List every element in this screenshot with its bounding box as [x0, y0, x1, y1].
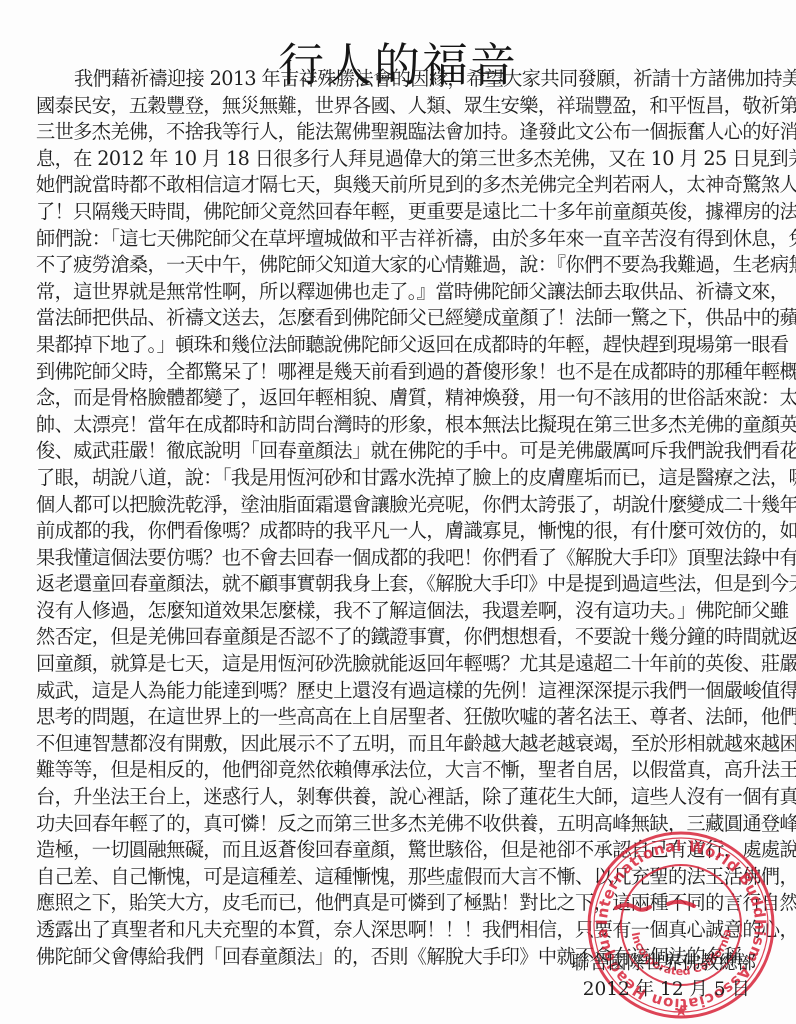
body-line: 果我懂這個法要仿嗎？也不會去回春一個成都的我吧！你們看了《解脫大手印》頂聖法錄中… — [36, 545, 742, 572]
body-line: 自己差、自己慚愧，可是這種差、這種慚愧，那些虛假而大言不慚、以凡充聖的法王活佛們… — [36, 864, 742, 891]
body-line: 到佛陀師父時，全都驚呆了！哪裡是幾天前看到過的蒼傻形象！也不是在成都時的那種年輕… — [36, 359, 742, 386]
body-line: 難等等，但是相反的，他們卻竟然依賴傳承法位，大言不慚，聖者自居，以假當真，高升法… — [36, 757, 742, 784]
body-line: 息，在 2012 年 10 月 18 日很多行人拜見過偉大的第三世多杰羌佛，又在… — [36, 146, 742, 173]
body-line: 功夫回春年輕了的，真可憐！反之而第三世多杰羌佛不收供養，五明高峰無缺，三藏圓通登… — [36, 811, 742, 838]
body-line: 台，升坐法王台上，迷惑行人，剝奪供養，說心裡話，除了蓮花生大師，這些人沒有一個有… — [36, 784, 742, 811]
body-line: 不了疲勞滄桑，一天中午，佛陀師父知道大家的心情難過，說：『你們不要為我難過，生老… — [36, 252, 742, 279]
document-body: 我們藉祈禱迎接 2013 年吉祥殊勝法會的因緣，希望大家共同發願，祈請十方諸佛加… — [36, 66, 742, 970]
body-line: 國泰民安，五穀豐登，無災無難，世界各國、人類、眾生安樂，祥瑞豐盈，和平恆昌，敬祈… — [36, 93, 742, 120]
body-line: 常，這世界就是無常性啊，所以釋迦佛也走了。』當時佛陀師父讓法師去取供品、祈禱文來… — [36, 279, 742, 306]
body-line: 應照之下，貽笑大方，皮毛而已，他們真是可憐到了極點！對比之下，這兩種不同的言行自… — [36, 890, 742, 917]
body-line: 沒有人修過，怎麼知道效果怎麼樣，我不了解這個法，我還差啊，沒有這功夫。」佛陀師父… — [36, 598, 742, 625]
signature-organization: 聯合國際世界佛教總部 — [0, 952, 756, 976]
body-line: 不但連智慧都沒有開敷，因此展示不了五明，而且年齡越大越老越衰竭，至於形相就越來越… — [36, 731, 742, 758]
body-line: 然否定，但是羌佛回春童顏是否認不了的鐵證事實，你們想想看，不要說十幾分鐘的時間就… — [36, 624, 742, 651]
signature-date: 2012 年 12 月 5 日 — [0, 978, 750, 1002]
body-line: 我們藉祈禱迎接 2013 年吉祥殊勝法會的因緣，希望大家共同發願，祈請十方諸佛加… — [36, 66, 742, 93]
body-line: 了！只隔幾天時間，佛陀師父竟然回春年輕，更重要是遠比二十多年前童顏英俊，據禪房的… — [36, 199, 742, 226]
body-line: 回童顏，就算是七天，這是用恆河砂洗臉就能返回年輕嗎？尤其是遠超二十年前的英俊、莊… — [36, 651, 742, 678]
body-line: 造極，一切圓融無礙，而且返蒼俊回春童顏，驚世駭俗，但是祂卻不承認自己有道行，處處… — [36, 837, 742, 864]
body-line: 當法師把供品、祈禱文送去，怎麼看到佛陀師父已經變成童顏了！法師一驚之下，供品中的… — [36, 305, 742, 332]
body-line: 返老還童回春童顏法，就不顧事實朝我身上套，《解脫大手印》中是提到過這些法，但是到… — [36, 571, 742, 598]
body-line: 帥、太漂亮！當年在成都時和訪問台灣時的形象，根本無法比擬現在第三世多杰羌佛的童顏… — [36, 412, 742, 439]
body-line: 思考的問題，在這世界上的一些高高在上自居聖者、狂傲吹噓的著名法王、尊者、法師，他… — [36, 704, 742, 731]
body-line: 她們說當時都不敢相信這才隔七天，與幾天前所見到的多杰羌佛完全判若兩人，太神奇驚煞… — [36, 172, 742, 199]
body-line: 念，而是骨格臉體都變了，返回年輕相貌、膚質，精神煥發，用一句不該用的世俗話來說：… — [36, 385, 742, 412]
body-line: 個人都可以把臉洗乾淨，塗油脂面霜還會讓臉光亮呢，你們太誇張了，胡說什麼變成二十幾… — [36, 492, 742, 519]
body-line: 三世多杰羌佛，不捨我等行人，能法駕佛聖親臨法會加持。逢發此文公布一個振奮人心的好… — [36, 119, 742, 146]
body-line: 透露出了真聖者和凡夫充聖的本質，奈人深思啊！！！我們相信，只要有一個真心誠意的心… — [36, 917, 742, 944]
svg-text:★: ★ — [674, 1001, 688, 1020]
body-line: 了眼，胡說八道，說：「我是用恆河砂和甘露水洗掉了臉上的皮膚塵垢而已，這是醫療之法… — [36, 465, 742, 492]
body-line: 俊、威武莊嚴！徹底說明「回春童顏法」就在佛陀的手中。可是羌佛嚴厲呵斥我們說我們看… — [36, 438, 742, 465]
body-line: 果都掉下地了。」頓珠和幾位法師聽說佛陀師父返回在成都時的年輕，趕快趕到現場第一眼… — [36, 332, 742, 359]
document-page: 行人的福音 我們藉祈禱迎接 2013 年吉祥殊勝法會的因緣，希望大家共同發願，祈… — [0, 0, 796, 1024]
body-line: 威武，這是人為能力能達到嗎？歷史上還沒有過這樣的先例！這裡深深提示我們一個嚴峻值… — [36, 678, 742, 705]
body-line: 前成都的我，你們看像嗎？成都時的我平凡一人，膚識寡見，慚愧的很，有什麼可效仿的，… — [36, 518, 742, 545]
body-line: 師們說：「這七天佛陀師父在草坪壇城做和平吉祥祈禱，由於多年來一直辛苦沒有得到休息… — [36, 226, 742, 253]
